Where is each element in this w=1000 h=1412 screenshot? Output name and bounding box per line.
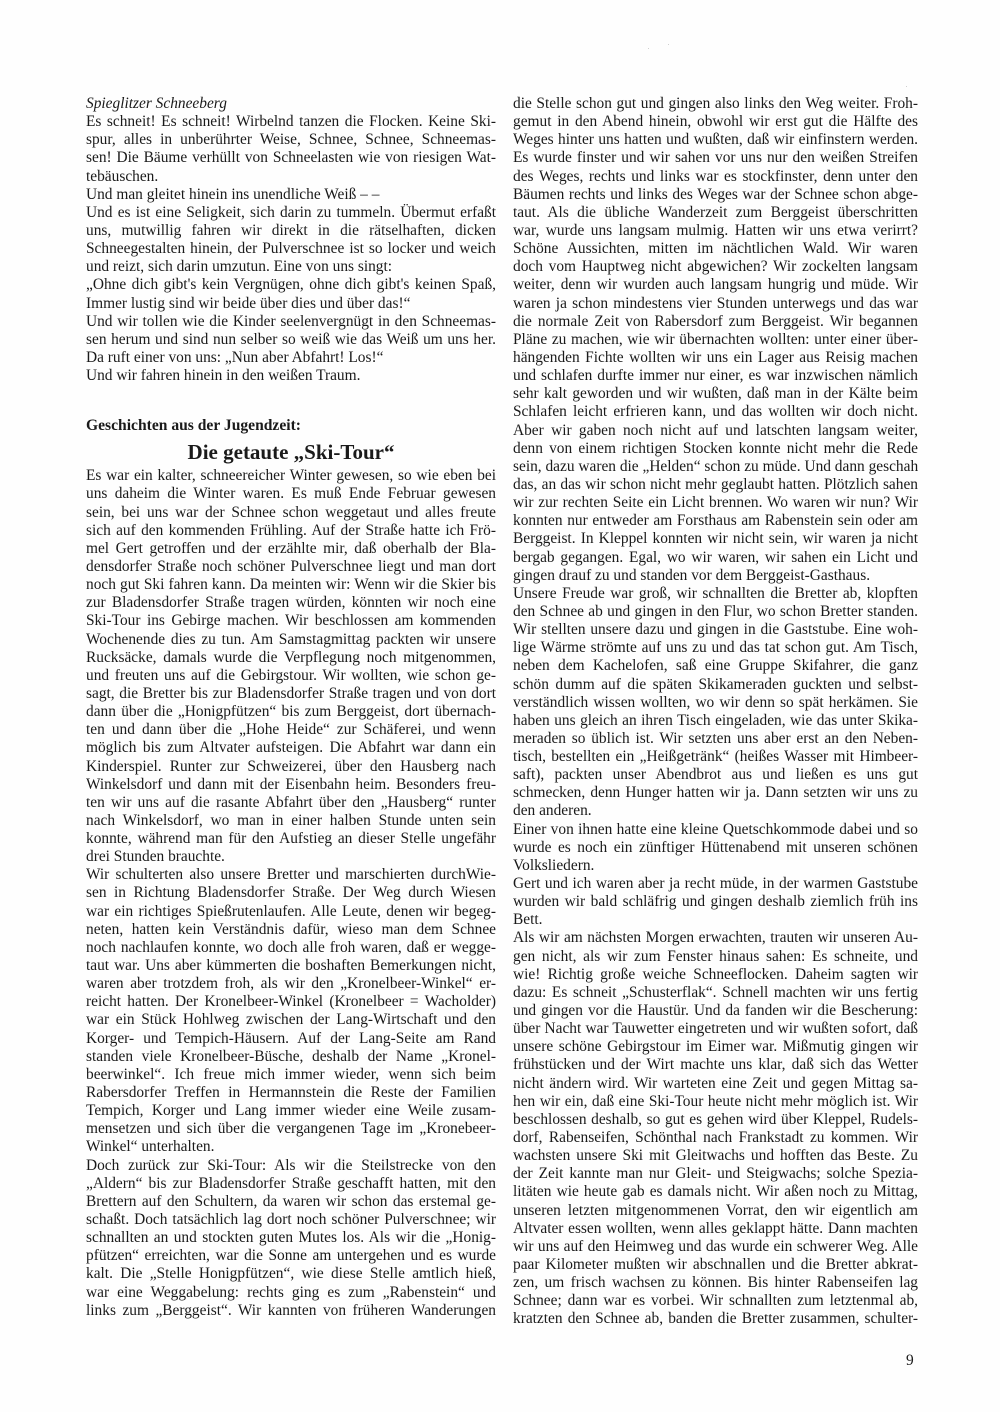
poem-body: Es schneit! Es schneit! Wirbelnd tanzen … — [86, 113, 496, 385]
text-line: möglich bis zum Altvater aufsteigen. Die… — [86, 739, 496, 757]
text-line: taut war. Uns aber kümmerten die boshaft… — [86, 957, 496, 975]
left-column: Spieglitzer Schneeberg Es schneit! Es sc… — [86, 95, 496, 1320]
text-line: Wir schulterten also unsere Bretter und … — [86, 866, 496, 884]
text-line: taut. Als die übliche Wanderzeit zum Ber… — [513, 204, 918, 222]
text-line: Es war ein kalter, schneereicher Winter … — [86, 467, 496, 485]
text-line: beschlossen deshalb, so gut es gehen wir… — [513, 1111, 918, 1129]
story-body-right: die Stelle schon gut und gingen also lin… — [513, 95, 918, 1329]
text-line: spur, alles in unberührter Weise, Schnee… — [86, 131, 496, 149]
text-line: war ein Stück Hohlweg zwischen der Lang-… — [86, 1011, 496, 1029]
text-line: tisch, bestellten ein „Heißgetränk“ (hei… — [513, 748, 918, 766]
text-line: gen nicht, als wir zum Fenster hinaus sa… — [513, 948, 918, 966]
text-line: beerwinkel“. Ich freue mich immer wieder… — [86, 1066, 496, 1084]
text-line: Da ruft einer von uns: „Nun aber Abfahrt… — [86, 349, 496, 367]
text-line: Bäumen rechts und links des Weges war de… — [513, 186, 918, 204]
text-line: schaßt. Doch tatsächlich lag dort noch s… — [86, 1211, 496, 1229]
text-line: haben uns gleich an ihren Tisch eingelad… — [513, 712, 918, 730]
text-line: unsere schöne Gebirgstour im Eimer war. … — [513, 1038, 918, 1056]
scan-speck — [648, 48, 649, 49]
text-line: schnallten an und stockten guten Mutes l… — [86, 1229, 496, 1247]
text-line: sein, dazu waren die „Helden“ schon zu m… — [513, 458, 918, 476]
text-line: gingen drauf zu und standen vor dem Berg… — [513, 567, 918, 585]
text-line: dazu: Es schneit „Schusterflak“. Schnell… — [513, 984, 918, 1002]
text-line: wurde es noch ein zünftiger Hüttenabend … — [513, 839, 918, 857]
text-line: des Weges, rechts und links war es stock… — [513, 168, 918, 186]
scan-speck — [906, 86, 907, 87]
text-line: tebäuschen. — [86, 168, 496, 186]
text-line: Immer lustig sind wir beide über dies un… — [86, 295, 496, 313]
text-line: densdorfer Straße noch schöner Pulversch… — [86, 558, 496, 576]
text-line: Korger- und Tempich-Häusern. Auf der Lan… — [86, 1030, 496, 1048]
text-line: Rucksäcke, damals wurde die Verpflegung … — [86, 649, 496, 667]
text-line: war eine Weggabelung: rechts ging es zum… — [86, 1284, 496, 1302]
text-line: denn von einem richtigen Stocken konnte … — [513, 440, 918, 458]
text-line: „Ohne dich gibt's kein Vergnügen, ohne d… — [86, 276, 496, 294]
text-line: Schöne Aussichten, mitten im nächtlichen… — [513, 240, 918, 258]
text-line: zen, um frisch wachsen zu können. Bis hi… — [513, 1274, 918, 1292]
text-line: sein, bei uns war der Schnee schon wegge… — [86, 504, 496, 522]
text-line: links zum „Berggeist“. Wir kannten von f… — [86, 1302, 496, 1320]
text-line: Aber wir gaben noch nicht auf und latsch… — [513, 422, 918, 440]
story-title: Die getaute „Ski-Tour“ — [86, 437, 496, 467]
text-line: über Nacht war Tauwetter eingetreten und… — [513, 1020, 918, 1038]
text-line: sich auf den kommenden Frühling. Auf der… — [86, 522, 496, 540]
text-line: sen herum und sind nun selber so weiß wi… — [86, 331, 496, 349]
text-line: Und wir tollen wie die Kinder seelenverg… — [86, 313, 496, 331]
text-line: Es schneit! Es schneit! Wirbelnd tanzen … — [86, 113, 496, 131]
text-line: noch gut Ski fahren kann. Da meinten wir… — [86, 576, 496, 594]
text-line: ten wir uns auf die rasante Abfahrt über… — [86, 794, 496, 812]
text-line: neben dem Kachelofen, saß eine Gruppe Sk… — [513, 657, 918, 675]
text-line: ten und dann über die „Hohe Heide“ zur S… — [86, 721, 496, 739]
page-number: 9 — [906, 1352, 914, 1370]
text-line: Einer von ihnen hatte eine kleine Quetsc… — [513, 821, 918, 839]
text-line: doch vom Hauptweg nicht abgewichen? Wir … — [513, 258, 918, 276]
text-line: Berggeist. In Kleppel konnten wir nicht … — [513, 530, 918, 548]
story-body-left: Es war ein kalter, schneereicher Winter … — [86, 467, 496, 1320]
text-line: paar Kilometer mußten wir abschnallen un… — [513, 1256, 918, 1274]
text-line: bergab gegangen. Egal, wo wir waren, wir… — [513, 549, 918, 567]
text-line: Als wir am nächsten Morgen erwachten, tr… — [513, 929, 918, 947]
text-line: drei Stunden brauchte. — [86, 848, 496, 866]
text-line: verständlich wissen wollten, wo wir denn… — [513, 694, 918, 712]
text-line: Winkelsdorf und dann mit der Eisenbahn h… — [86, 776, 496, 794]
text-line: waren aber trotzdem froh, als wir den „K… — [86, 975, 496, 993]
text-line: wir zur rechten Seite ein Licht brennen.… — [513, 494, 918, 512]
text-line: schön dumm auf die späten Skikameraden g… — [513, 676, 918, 694]
text-line: war ein richtiges Spießrutenlaufen. Alle… — [86, 903, 496, 921]
text-line: Schlafen leicht erfrieren kann, und das … — [513, 403, 918, 421]
text-line: meraden so üblich ist. Wir setzten uns a… — [513, 730, 918, 748]
text-line: und schlafen durfte immer nur einer, es … — [513, 367, 918, 385]
text-line: Wir stellten unsere dazu und gingen in d… — [513, 621, 918, 639]
text-line: sehr kalt geworden und wir wußten, daß m… — [513, 385, 918, 403]
text-line: weiter, denn wir wurden auch langsam hun… — [513, 276, 918, 294]
text-line: mel Gert getroffen und der erzählte mir,… — [86, 540, 496, 558]
document-page: Spieglitzer Schneeberg Es schneit! Es sc… — [0, 0, 1000, 1412]
text-line: das, an das wir schon nicht mehr geglaub… — [513, 476, 918, 494]
text-line: und gingen vor die Haustür. Und da fande… — [513, 1002, 918, 1020]
text-line: wie! Richtig große weiche Schneeflocken.… — [513, 966, 918, 984]
text-line: Und wir fahren hinein in den weißen Trau… — [86, 367, 496, 385]
text-line: reicht hatten. Der Kronelbeer-Winkel (Kr… — [86, 993, 496, 1011]
text-line: mensetzen und sich über die vergangenen … — [86, 1120, 496, 1138]
text-line: der Zeit kannte man nur Gleit- und Steig… — [513, 1165, 918, 1183]
text-line: Winkel“ unterhalten. — [86, 1138, 496, 1156]
text-line: hen wir ein, daß eine Ski-Tour heute nic… — [513, 1093, 918, 1111]
text-line: uns, mutwillig fahren wir direkt in die … — [86, 222, 496, 240]
text-line: Brettern auf den Schultern, da waren wir… — [86, 1193, 496, 1211]
text-line: neten, hatten kein Verständnis dafür, wi… — [86, 921, 496, 939]
text-line: die Stelle schon gut und gingen also lin… — [513, 95, 918, 113]
text-line: Kinderspiel. Runter zur Schweizerei, übe… — [86, 758, 496, 776]
text-line: sen! Die Bäume verhüllt von Schneelasten… — [86, 149, 496, 167]
text-line: noch nachlaufen konnte, wo doch alle fro… — [86, 939, 496, 957]
text-line: Und man gleitet hinein ins unendliche We… — [86, 186, 496, 204]
text-line: waren ja schon mindestens vier Stunden u… — [513, 295, 918, 313]
text-line: dann über die „Honigpfützen“ bis zum Ber… — [86, 703, 496, 721]
text-line: wachsten unsere Ski mit Gleitwachs und h… — [513, 1147, 918, 1165]
text-line: uns daheim die Winter waren. Es muß Ende… — [86, 485, 496, 503]
text-line: den anderen. — [513, 802, 918, 820]
text-line: Bett. — [513, 911, 918, 929]
text-line: wurden wir bald schläfrig und gingen des… — [513, 893, 918, 911]
text-line: Und es ist eine Seligkeit, sich darin zu… — [86, 204, 496, 222]
text-line: nicht ändern wird. Wir warteten eine Zei… — [513, 1075, 918, 1093]
text-line: wir uns auf den Heimweg und das wurde ei… — [513, 1238, 918, 1256]
section-spacer — [86, 385, 496, 414]
text-line: lige Wärme strömte auf uns zu und das ta… — [513, 639, 918, 657]
text-line: konnten nur entweder am Forsthaus am Rab… — [513, 512, 918, 530]
text-line: Wochenende dies zu tun. Am Samstagmittag… — [86, 631, 496, 649]
text-line: zur Bladensdorfer Straße tragen würden, … — [86, 594, 496, 612]
text-line: Schnee; dann war es vorbei. Wir schnallt… — [513, 1292, 918, 1310]
text-line: Es wurde finster und wir sahen vor uns n… — [513, 149, 918, 167]
section-heading: Geschichten aus der Jugendzeit: — [86, 415, 496, 437]
text-line: Weges hinter uns hatten und wußten, daß … — [513, 131, 918, 149]
text-line: Doch zurück zur Ski-Tour: Als wir die St… — [86, 1157, 496, 1175]
text-line: Altvater essen wollten, wenn alles gekla… — [513, 1220, 918, 1238]
text-line: Rabersdorfer Treffen in Hermannstein die… — [86, 1084, 496, 1102]
text-line: saft), packten unser Abendbrot aus und l… — [513, 766, 918, 784]
text-line: hängenden Fichte wollten wir uns ein Lag… — [513, 349, 918, 367]
text-line: und reizt, sich darin umzutun. Eine von … — [86, 258, 496, 276]
text-line: nach Winkelsdorf, wo man in einer halben… — [86, 812, 496, 830]
text-line: Gert und ich waren aber ja recht müde, i… — [513, 875, 918, 893]
text-line: schmecken, denn Hunger hatten wir ja. Da… — [513, 784, 918, 802]
text-line: pfützen“ erreichten, war die Sonne am un… — [86, 1247, 496, 1265]
text-line: Pläne zu machen, wie wir übernachten wol… — [513, 331, 918, 349]
text-line: dorf, Rabenseifen, Schönthal nach Franks… — [513, 1129, 918, 1147]
text-line: Schneegestalten hinein, der Pulverschnee… — [86, 240, 496, 258]
text-line: gemut in den Abend hinein, obwohl wir er… — [513, 113, 918, 131]
text-line: „Aldern“ bis zur Bladensdorfer Straße ge… — [86, 1175, 496, 1193]
right-column: die Stelle schon gut und gingen also lin… — [513, 95, 918, 1329]
text-line: unseren letzten mitgenommenen Vorrat, de… — [513, 1202, 918, 1220]
text-line: sen in Richtung Bladensdorfer Straße. De… — [86, 884, 496, 902]
text-line: Ski-Tour ins Gebirge machen. Wir beschlo… — [86, 612, 496, 630]
text-line: Volksliedern. — [513, 857, 918, 875]
poem-title: Spieglitzer Schneeberg — [86, 95, 496, 113]
text-line: kratzten den Schnee ab, banden die Brett… — [513, 1310, 918, 1328]
text-line: den Schnee ab und gingen in den Flur, wo… — [513, 603, 918, 621]
text-line: standen viele Kronelbeer-Büsche, deshalb… — [86, 1048, 496, 1066]
text-line: die normale Zeit von Rabersdorf zum Berg… — [513, 313, 918, 331]
text-line: kalt. Die „Stelle Honigpfützen“, wie die… — [86, 1265, 496, 1283]
text-line: Unsere Freude war groß, wir schnallten d… — [513, 585, 918, 603]
text-line: war, wurde uns langsam mulmig. Hatten wi… — [513, 222, 918, 240]
text-line: konnte, während man für den Aufstieg an … — [86, 830, 496, 848]
scan-speck — [668, 44, 669, 45]
text-line: und freuten uns auf die Gebirgstour. Wir… — [86, 667, 496, 685]
text-line: sagt, die Bretter bis zur Bladensdorfer … — [86, 685, 496, 703]
text-line: Tempich, Korger und Lang immer wieder ei… — [86, 1102, 496, 1120]
text-line: frühstücken und der Wirt machte uns klar… — [513, 1056, 918, 1074]
text-line: litäten wie heute gab es damals nicht. W… — [513, 1183, 918, 1201]
